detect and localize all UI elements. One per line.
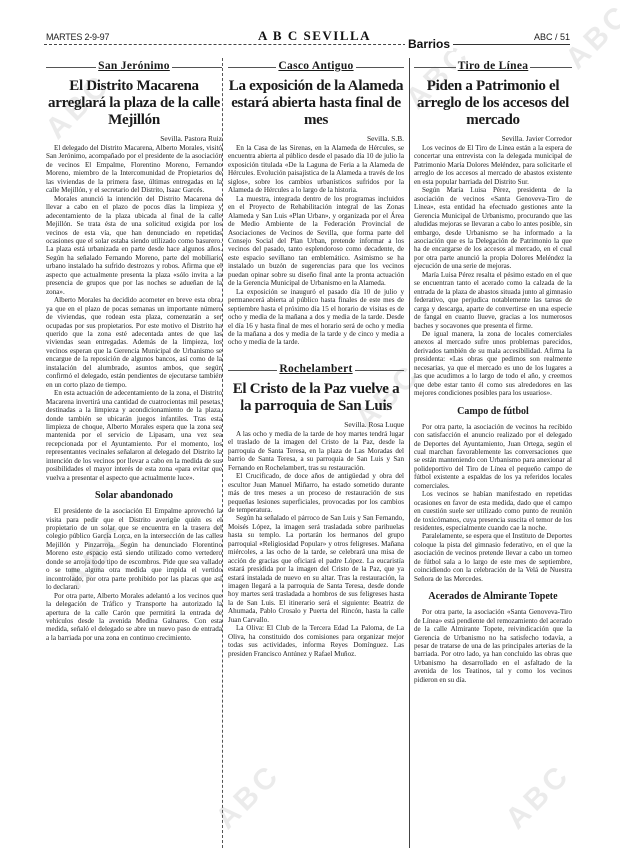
page-header: MARTES 2-9-97 A B C SEVILLA Barrios ABC … bbox=[0, 0, 620, 40]
abc-watermark: ABC bbox=[499, 758, 577, 836]
header-rule bbox=[44, 44, 406, 45]
article-paragraph: Paralelamente, se espera que el Institut… bbox=[414, 532, 572, 583]
article-rochelambert: Rochelambert El Cristo de la Paz vuelve … bbox=[228, 359, 404, 658]
issue-date: MARTES 2-9-97 bbox=[46, 32, 109, 42]
article-san-jeronimo: San Jerónimo El Distrito Macarena arregl… bbox=[46, 56, 222, 642]
page-number: ABC / 51 bbox=[534, 32, 570, 42]
article-headline: El Cristo de la Paz vuelve a la parroqui… bbox=[228, 381, 404, 415]
column-divider bbox=[409, 58, 410, 848]
section-name: Barrios bbox=[405, 37, 453, 51]
article-kicker: Rochelambert bbox=[228, 359, 404, 377]
article-kicker: Casco Antiguo bbox=[228, 56, 404, 74]
article-headline: El Distrito Macarena arreglará la plaza … bbox=[46, 78, 222, 129]
article-paragraph: En la Casa de las Sirenas, en la Alameda… bbox=[228, 144, 404, 195]
article-paragraph: La exposición se inauguró el pasado día … bbox=[228, 288, 404, 347]
article-byline: Sevilla. Pastora Ruiz bbox=[46, 134, 222, 143]
article-subhead: Acerados de Almirante Topete bbox=[414, 591, 572, 602]
article-tiro-de-linea: Tiro de Línea Piden a Patrimonio el arre… bbox=[414, 56, 572, 684]
newspaper-title: A B C SEVILLA bbox=[258, 28, 371, 44]
article-subhead: Campo de fútbol bbox=[414, 406, 572, 417]
article-paragraph: En esta actuación de adecentamiento de l… bbox=[46, 389, 222, 482]
article-casco-antiguo: Casco Antiguo La exposición de la Alamed… bbox=[228, 56, 404, 347]
article-kicker: Tiro de Línea bbox=[414, 56, 572, 74]
article-paragraph: Según ha señalado el párroco de San Luis… bbox=[228, 514, 404, 624]
column-divider bbox=[222, 58, 223, 848]
article-paragraph: La muestra, integrada dentro de los prog… bbox=[228, 195, 404, 288]
article-paragraph: Morales anunció la intención del Distrit… bbox=[46, 195, 222, 296]
article-byline: Sevilla. Rosa Luque bbox=[228, 420, 404, 429]
article-paragraph: La Oliva: El Club de la Tercera Edad La … bbox=[228, 624, 404, 658]
article-byline: Sevilla. S.B. bbox=[228, 134, 404, 143]
column-middle: Casco Antiguo La exposición de la Alamed… bbox=[228, 56, 404, 658]
article-paragraph: A las ocho y media de la tarde de hoy ma… bbox=[228, 430, 404, 472]
article-paragraph: Por otra parte, la asociación de vecinos… bbox=[414, 423, 572, 491]
article-paragraph: El Crucificado, de doce años de antigüed… bbox=[228, 472, 404, 514]
article-paragraph: Según María Luisa Pérez, presidenta de l… bbox=[414, 186, 572, 271]
article-byline: Sevilla. Javier Corredor bbox=[414, 134, 572, 143]
article-paragraph: Por otra parte, la asociación «Santa Gen… bbox=[414, 608, 572, 684]
article-paragraph: Los vecinos de El Tiro de Línea están a … bbox=[414, 144, 572, 186]
article-headline: La exposición de la Alameda estará abier… bbox=[228, 78, 404, 129]
article-paragraph: Por otra parte, Alberto Morales adelantó… bbox=[46, 592, 222, 643]
article-kicker: San Jerónimo bbox=[46, 56, 222, 74]
article-paragraph: María Luisa Pérez resalta el pésimo esta… bbox=[414, 271, 572, 330]
article-paragraph: Los vecinos se habían manifestado en rep… bbox=[414, 490, 572, 532]
header-rule bbox=[450, 44, 570, 45]
article-headline: Piden a Patrimonio el arreglo de los acc… bbox=[414, 78, 572, 129]
article-paragraph: De igual manera, la zona de locales come… bbox=[414, 330, 572, 398]
article-paragraph: El delegado del Distrito Macarena, Alber… bbox=[46, 144, 222, 195]
article-paragraph: Alberto Morales ha decidido acometer en … bbox=[46, 296, 222, 389]
article-subhead: Solar abandonado bbox=[46, 490, 222, 501]
article-paragraph: El presidente de la asociación El Empalm… bbox=[46, 507, 222, 592]
